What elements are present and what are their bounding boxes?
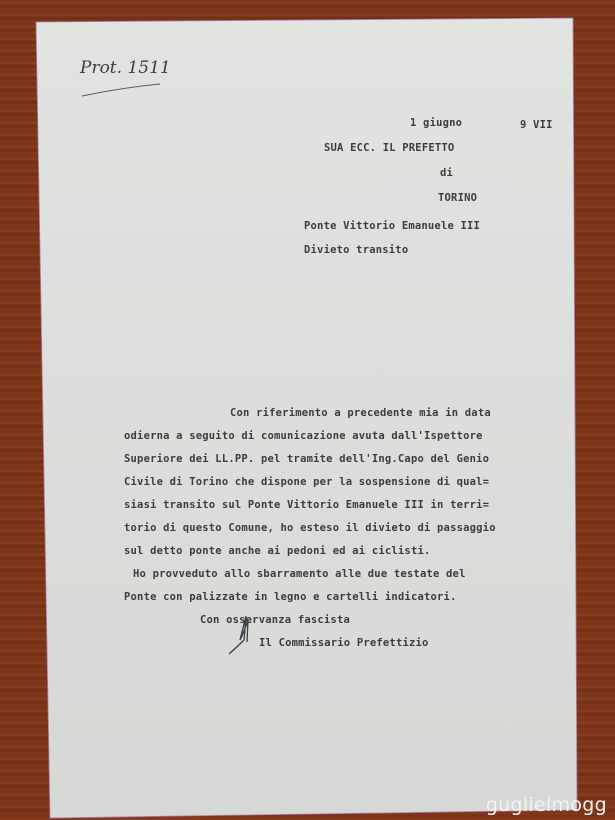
subject-line-2: Divieto transito [304,244,408,256]
body-line: odierna a seguito di comunicazione avuta… [124,430,483,442]
letter-date: 1 giugno [410,117,462,129]
signature-title: Il Commissario Prefettizio [259,637,429,649]
body-line: sul detto ponte anche ai pedoni ed ai ci… [124,545,431,557]
protocol-number: Prot. 1511 [80,58,171,78]
recipient-line-2: di [440,167,453,179]
body-line: siasi transito sul Ponte Vittorio Emanue… [124,499,489,511]
body-line: Ponte con palizzate in legno e cartelli … [124,591,457,603]
subject-line-1: Ponte Vittorio Emanuele III [304,220,480,232]
body-line: Superiore dei LL.PP. pel tramite dell'In… [124,453,489,465]
body-line: Ho provveduto allo sbarramento alle due … [133,568,466,580]
recipient-line-3: TORINO [438,192,477,204]
recipient-line-1: SUA ECC. IL PREFETTO [324,142,454,154]
closing: Con osservanza fascista [200,614,350,626]
watermark: guglielmogg [486,794,607,816]
body-line: Con riferimento a precedente mia in data [230,407,491,419]
body-line: torio di questo Comune, ho esteso il div… [124,522,496,534]
body-line: Civile di Torino che dispone per la sosp… [124,476,489,488]
year-mark: 9 VII [520,119,553,131]
